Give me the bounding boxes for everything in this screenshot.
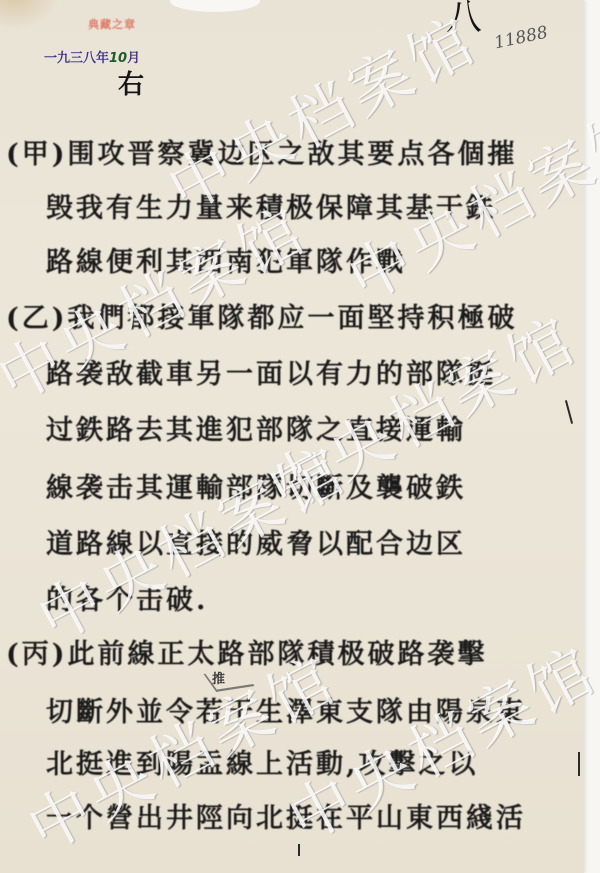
text-line: 路袭敌截車另一面以有力的部隊挺 <box>46 352 496 391</box>
paper-stain <box>0 0 60 30</box>
text-line: (丙)此前線正太路部隊積极破路袭擊 <box>6 632 488 671</box>
archival-document-page: 典藏之章 一九三八年10月 八 11888 右 (甲)围攻晋察冀边区之敌其要点各… <box>0 0 600 873</box>
text-line: 路線便利其西南犯軍隊作戰 <box>46 240 406 279</box>
archive-number: 11888 <box>493 23 550 54</box>
text-line: 北挺進到陽盂線上活動,攻擊之以 <box>46 742 478 781</box>
text-line: 一个營出井陘向北挺在平山東西綫活 <box>46 796 526 835</box>
text-line: (甲)围攻晋察冀边区之敌其要点各個摧 <box>6 132 518 171</box>
paper-worn-spot <box>170 0 260 12</box>
insertion-annotation: 推 <box>212 668 225 687</box>
margin-tick-mark <box>565 400 573 424</box>
document-heading: 右 <box>118 64 144 101</box>
page-number-mark: 八 <box>446 0 482 36</box>
margin-tick-mark <box>298 844 300 856</box>
text-line: 切斷外並令若干生澤東支隊由陽泉東 <box>46 690 526 729</box>
text-line: 的各个击破. <box>46 578 208 617</box>
text-line: 毁我有生力量来積极保障其基干鉄 <box>46 186 496 225</box>
red-seal-stamp: 典藏之章 <box>88 16 154 44</box>
paper-sheet: 典藏之章 一九三八年10月 八 11888 右 (甲)围攻晋察冀边区之敌其要点各… <box>0 0 584 873</box>
text-line: (乙)我們都接軍隊都应一面堅持积極破 <box>6 296 518 335</box>
date-stamp-year: 一九三八年 <box>44 51 109 66</box>
margin-tick-mark <box>578 752 580 776</box>
text-line: 線袭击其運輸部隊切斷及襲破鉄 <box>46 466 466 505</box>
text-line: 道路線以直接的威脅以配合边区 <box>46 522 466 561</box>
text-line: 过鉄路去其進犯部隊之直接運輸 <box>46 408 466 447</box>
